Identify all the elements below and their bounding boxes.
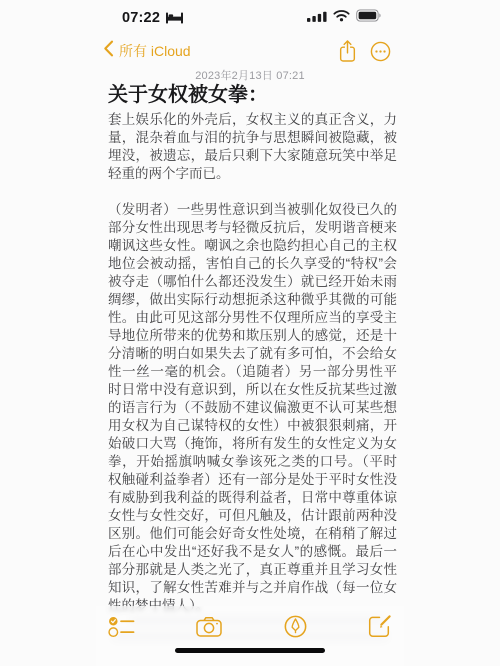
compose-icon[interactable] [368,614,392,638]
status-bar: 07:22 [96,8,404,28]
sleep-focus-bed-icon [166,12,183,24]
battery-icon [356,9,382,27]
note-date: 2023年2月13日 07:21 [0,67,500,83]
status-indicators [307,9,382,27]
wifi-icon [333,9,350,27]
status-time: 07:22 [122,10,160,26]
bottom-toolbar [108,612,392,640]
note-paragraph-2[interactable]: （发明者）一些男性意识到当被驯化奴役已久的部分女性出现思考与轻微反抗后，发明谐音… [108,201,397,615]
more-options-icon[interactable] [370,41,391,62]
share-icon[interactable] [338,39,357,63]
nav-bar: 所有 iCloud [96,38,404,64]
home-indicator[interactable] [175,648,325,653]
chevron-left-icon [103,40,114,62]
note-title[interactable]: 关于女权被女拳： [108,83,397,107]
markup-pen-icon[interactable] [284,615,307,638]
note-paragraph-1[interactable]: 套上娱乐化的外壳后，女权主义的真正含义，力量，混杂着血与泪的抗争与思想瞬间被隐藏… [108,111,397,183]
camera-icon[interactable] [196,616,222,637]
back-button[interactable]: 所有 iCloud [103,40,191,62]
cellular-signal-icon [307,9,327,27]
checklist-icon[interactable] [108,615,135,638]
back-button-label: 所有 iCloud [119,41,191,61]
note-content[interactable]: 关于女权被女拳： 套上娱乐化的外壳后，女权主义的真正含义，力量，混杂着血与泪的抗… [108,83,397,615]
nav-actions [338,39,391,63]
notes-app-screen: 07:22 [0,0,500,666]
